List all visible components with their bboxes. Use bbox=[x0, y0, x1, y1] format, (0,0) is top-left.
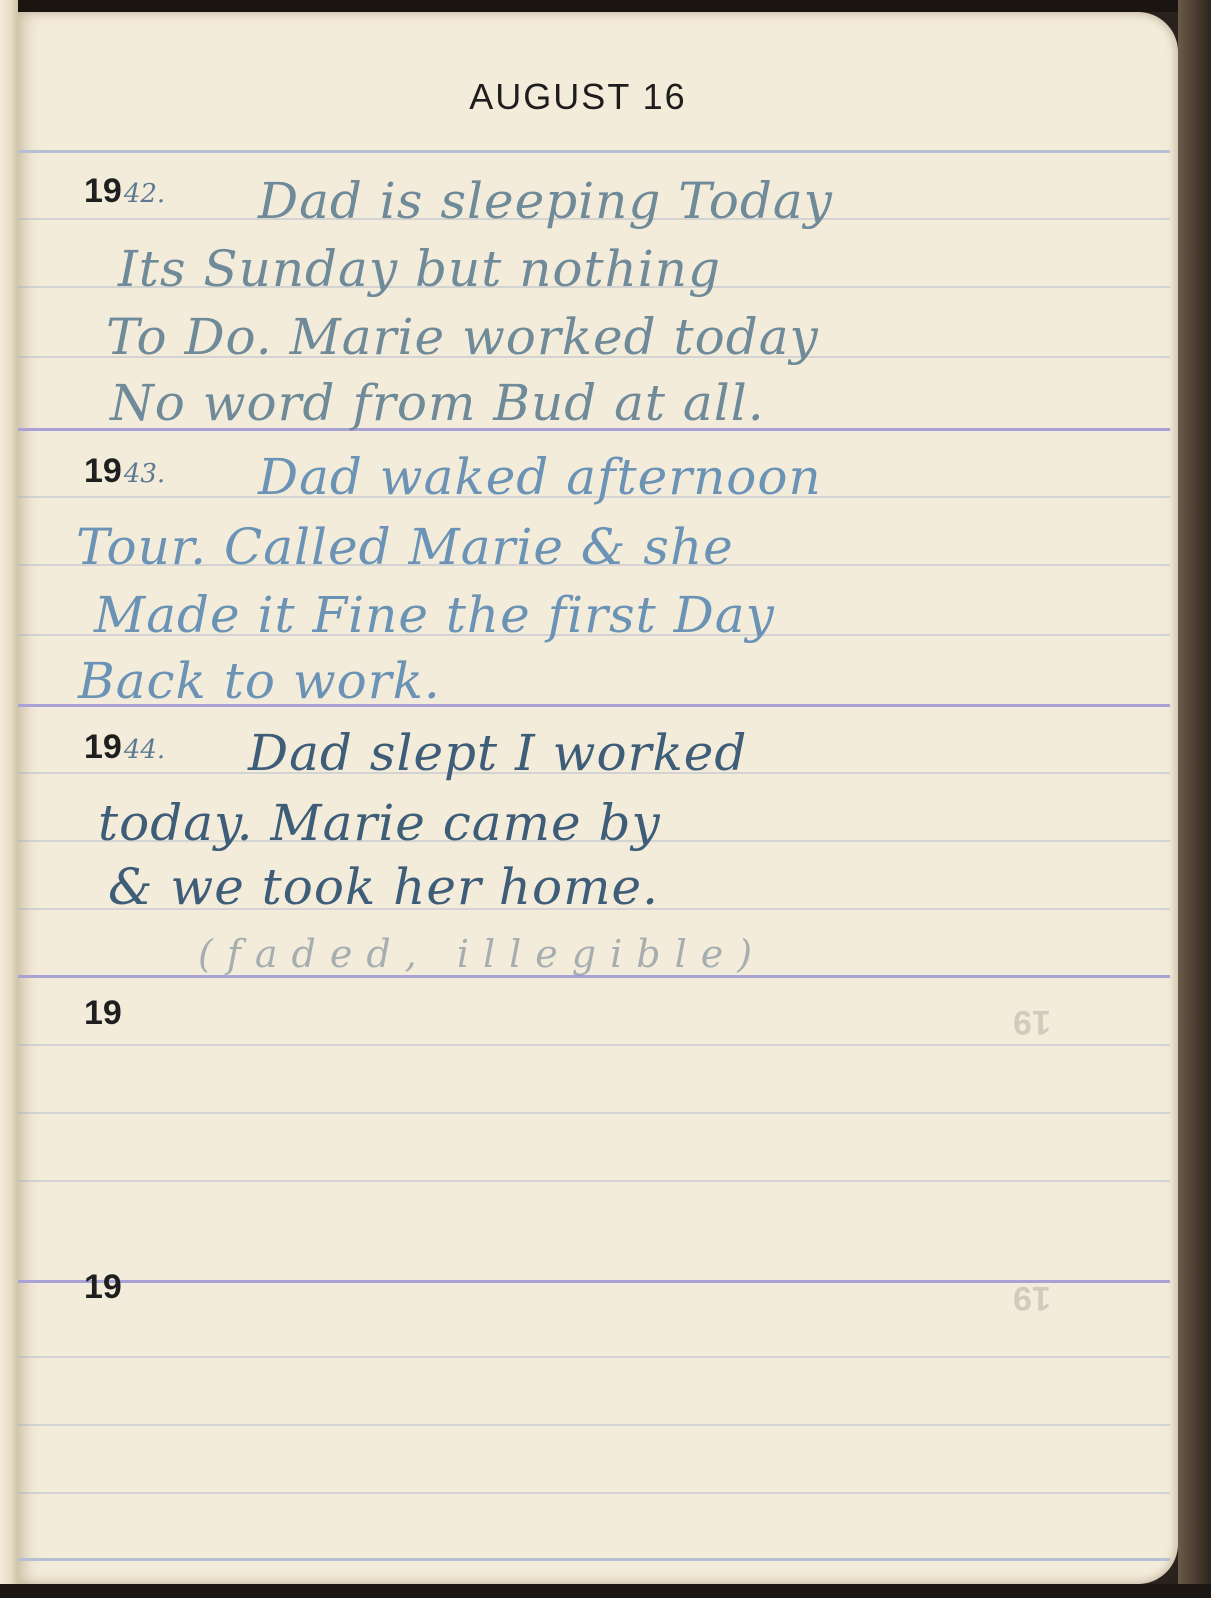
entry-line: Made it Fine the first Day bbox=[94, 586, 775, 644]
handwritten-year: 43. bbox=[124, 459, 165, 489]
adjacent-page-edge bbox=[0, 0, 18, 1598]
book-bottom-edge bbox=[0, 1584, 1211, 1598]
book-top-edge bbox=[0, 0, 1211, 12]
year-label-1942: 1942. bbox=[84, 172, 165, 211]
faint-rule bbox=[18, 1112, 1170, 1114]
handwritten-year: 42. bbox=[124, 179, 165, 209]
printed-year: 19 bbox=[84, 728, 122, 766]
faint-rule bbox=[18, 1044, 1170, 1046]
entry-line-faded: (faded, illegible) bbox=[198, 932, 766, 976]
entry-line: No word from Bud at all. bbox=[110, 374, 765, 432]
top-rule bbox=[18, 150, 1170, 153]
year-label-1944: 1944. bbox=[84, 728, 165, 767]
show-through-year: 19 bbox=[1013, 1002, 1051, 1041]
faint-rule bbox=[18, 1180, 1170, 1182]
page-date-header: AUGUST 16 bbox=[18, 76, 1178, 118]
faint-rule bbox=[18, 1356, 1170, 1358]
entry-line: today. Marie came by bbox=[98, 794, 661, 852]
entry-line: To Do. Marie worked today bbox=[106, 308, 819, 366]
show-through-year: 19 bbox=[1013, 1278, 1051, 1317]
year-label-1943: 1943. bbox=[84, 452, 165, 491]
section-separator bbox=[18, 1280, 1170, 1283]
year-label-empty: 19 bbox=[84, 994, 122, 1033]
entry-line: Back to work. bbox=[78, 652, 441, 710]
entry-line: Dad is sleeping Today bbox=[258, 172, 833, 230]
entry-line: & we took her home. bbox=[108, 858, 659, 916]
year-label-empty: 19 bbox=[84, 1268, 122, 1307]
entry-line: Dad waked afternoon bbox=[258, 448, 822, 506]
handwritten-year: 44. bbox=[124, 735, 165, 765]
faint-rule bbox=[18, 1424, 1170, 1426]
printed-year: 19 bbox=[84, 172, 122, 210]
entry-line: Dad slept I worked bbox=[248, 724, 747, 782]
bottom-rule bbox=[18, 1558, 1170, 1561]
printed-year: 19 bbox=[84, 1268, 122, 1306]
diary-page: AUGUST 16 1942. Dad is sleeping Today It… bbox=[18, 12, 1178, 1584]
entry-line: Its Sunday but nothing bbox=[118, 240, 721, 298]
printed-year: 19 bbox=[84, 452, 122, 490]
faint-rule bbox=[18, 1492, 1170, 1494]
printed-year: 19 bbox=[84, 994, 122, 1032]
book-cover-edge bbox=[1178, 0, 1211, 1598]
entry-line: Tour. Called Marie & she bbox=[76, 518, 734, 576]
